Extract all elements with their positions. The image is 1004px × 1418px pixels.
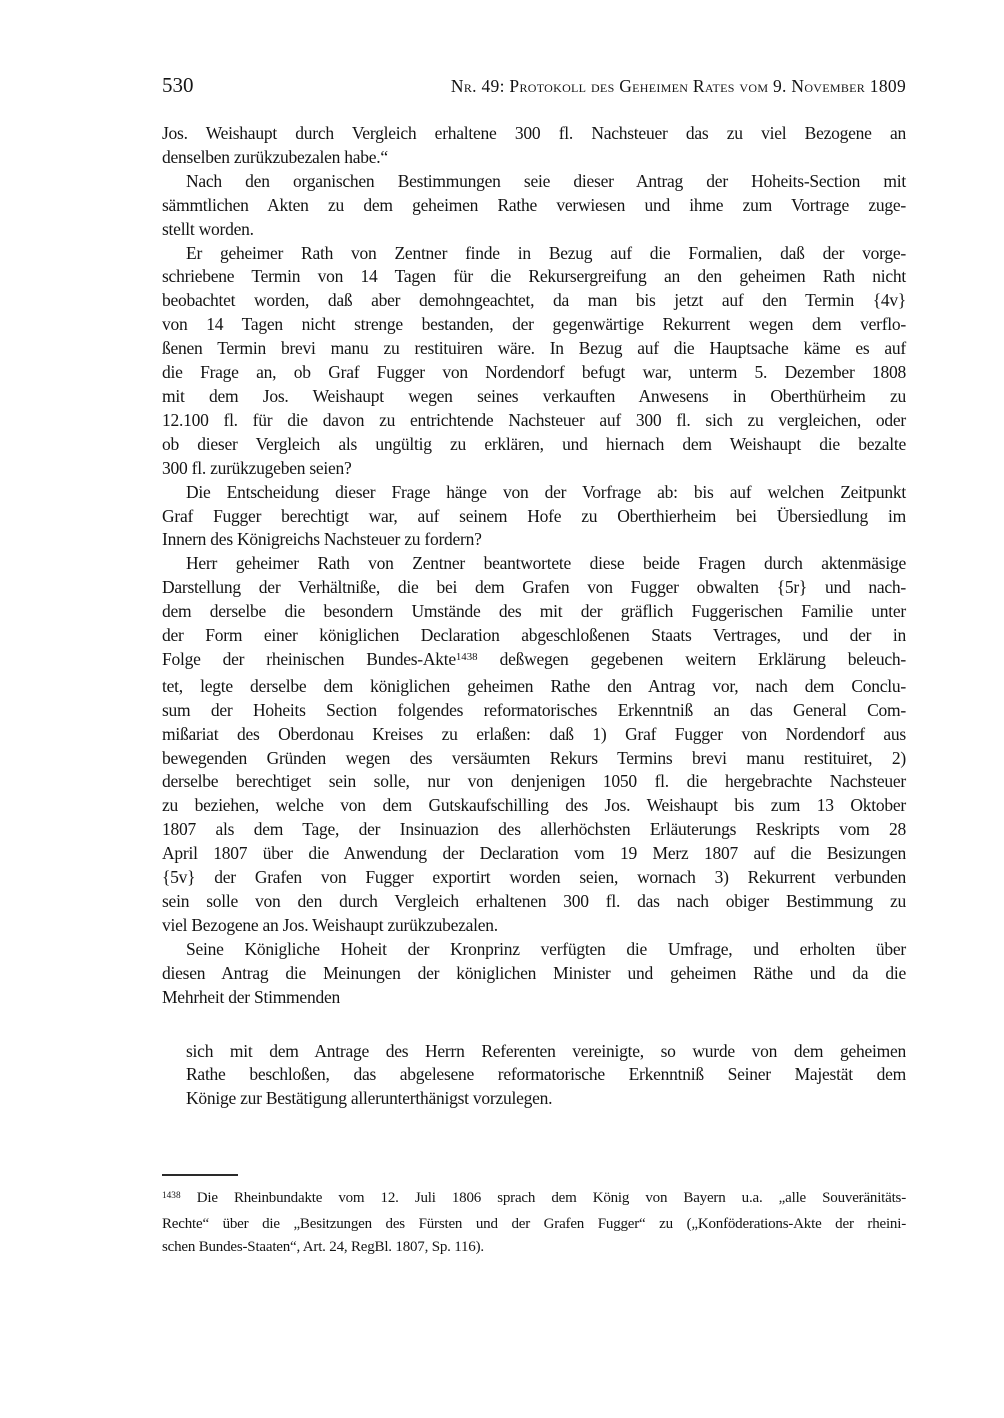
footnote-marker: 1438 [162,1191,181,1201]
text-line: ßenen Termin brevi manu zu restituiren w… [162,337,906,361]
text-line: diesen Antrag die Meinungen der königlic… [162,962,906,986]
text-line: April 1807 über die Anwendung der Declar… [162,842,906,866]
text-line: schriebene Termin von 14 Tagen für die R… [162,265,906,289]
text-line: mit dem Jos. Weishaupt wegen seines verk… [162,385,906,409]
text-line: Rathe beschloßen, das abgelesene reforma… [186,1063,906,1087]
text-line: sum der Hoheits Section folgendes reform… [162,699,906,723]
paragraph: Seine Königliche Hoheit der Kronprinz ve… [162,938,906,1010]
text-line: 1438 Die Rheinbundakte vom 12. Juli 1806… [162,1187,906,1213]
text-line: sein solle von den durch Vergleich erhal… [162,890,906,914]
text-line: beobachtet worden, daß aber demohngeacht… [162,289,906,313]
text-line: ob dieser Vergleich als ungültig zu erkl… [162,433,906,457]
text-line: mißariat des Oberdonau Kreises zu erlaße… [162,723,906,747]
text-line: derselbe berechtiget sein solle, nur von… [162,770,906,794]
text-line: bewegenden Gründen wegen des versäumten … [162,747,906,771]
text-line: dem derselbe die besondern Umstände des … [162,600,906,624]
text-line: sämmtlichen Akten zu dem geheimen Rathe … [162,194,906,218]
document-page: 530 Nr. 49: Protokoll des Geheimen Rates… [0,0,1004,1418]
page-header: 530 Nr. 49: Protokoll des Geheimen Rates… [162,72,906,99]
text-line: Jos. Weishaupt durch Vergleich erhaltene… [162,122,906,146]
text-column: 530 Nr. 49: Protokoll des Geheimen Rates… [162,72,906,1260]
text-line: Folge der rheinischen Bundes-Akte1438 de… [162,648,906,675]
text-line: sich mit dem Antrage des Herrn Referente… [186,1040,906,1064]
page-number: 530 [162,72,194,98]
block-paragraph: sich mit dem Antrage des Herrn Referente… [186,1040,906,1112]
text-line: 300 fl. zurükzugeben seien? [162,457,906,481]
text-line: 12.100 fl. für die davon zu entrichtende… [162,409,906,433]
text-line: Die Entscheidung dieser Frage hänge von … [162,481,906,505]
text-line: Seine Königliche Hoheit der Kronprinz ve… [162,938,906,962]
text-line: Mehrheit der Stimmenden [162,986,906,1010]
text-line: tet, legte derselbe dem königlichen gehe… [162,675,906,699]
text-line: Herr geheimer Rath von Zentner beantwort… [162,552,906,576]
text-line: Darstellung der Verhältniße, die bei dem… [162,576,906,600]
text-line: Er geheimer Rath von Zentner finde in Be… [162,242,906,266]
paragraph: Nach den organischen Bestimmungen seie d… [162,170,906,242]
body-text: Jos. Weishaupt durch Vergleich erhaltene… [162,122,906,1010]
paragraph: Er geheimer Rath von Zentner finde in Be… [162,242,906,481]
paragraph: Herr geheimer Rath von Zentner beantwort… [162,552,906,938]
text-line: Nach den organischen Bestimmungen seie d… [162,170,906,194]
text-line: von 14 Tagen nicht strenge bestanden, de… [162,313,906,337]
text-line: schen Bundes-Staaten“, Art. 24, RegBl. 1… [162,1236,906,1260]
text-line: Graf Fugger berechtigt war, auf seinem H… [162,505,906,529]
footnote: 1438 Die Rheinbundakte vom 12. Juli 1806… [162,1174,906,1260]
footnote-separator-rule [162,1174,238,1176]
text-line: Rechte“ über die „Besitzungen des Fürste… [162,1213,906,1237]
text-line: Innern des Königreichs Nachsteuer zu for… [162,528,906,552]
paragraph: Jos. Weishaupt durch Vergleich erhaltene… [162,122,906,170]
text-line: die Frage an, ob Graf Fugger von Nordend… [162,361,906,385]
text-line: viel Bezogene an Jos. Weishaupt zurükzub… [162,914,906,938]
text-line: denselben zurükzubezalen habe.“ [162,146,906,170]
footnote-marker: 1438 [456,651,478,663]
paragraph: Die Entscheidung dieser Frage hänge von … [162,481,906,553]
text-line: zu beziehen, welche von dem Gutskaufschi… [162,794,906,818]
running-title: Nr. 49: Protokoll des Geheimen Rates vom… [451,73,906,99]
text-line: {5v} der Grafen von Fugger exportirt wor… [162,866,906,890]
text-line: 1807 als dem Tage, der Insinuazion des a… [162,818,906,842]
text-line: Könige zur Bestätigung allerunterthänigs… [186,1087,906,1111]
footnote-text: 1438 Die Rheinbundakte vom 12. Juli 1806… [162,1187,906,1260]
text-line: stellt worden. [162,218,906,242]
text-line: der Form einer königlichen Declaration a… [162,624,906,648]
